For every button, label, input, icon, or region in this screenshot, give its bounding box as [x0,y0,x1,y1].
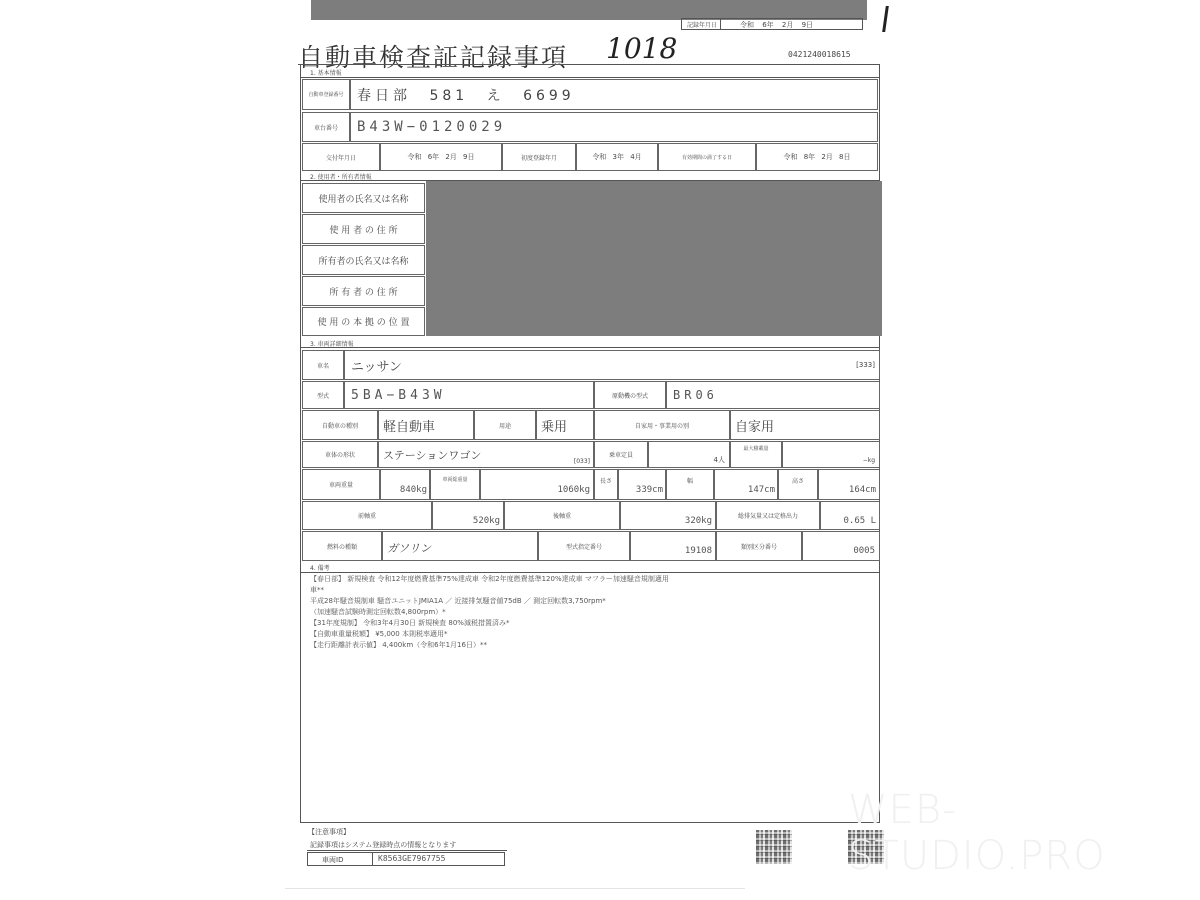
fuel-label: 燃料の種類 [327,542,357,551]
remarks-line: 【31年度規制】 令和3年4月30日 新規検査 80%減税措置済み* [310,618,669,629]
private-label: 自家用・事業用の別 [635,421,689,430]
issue-date-label: 記録年月日 [687,20,717,29]
registration-value: 春日部 581 え 6699 [357,85,575,105]
vehicle-id-value: K8563GE7967755 [378,854,445,863]
make-value: ニッサン [351,356,402,375]
chassis-label: 車台番号 [314,123,338,132]
gross-value: 1060kg [557,485,590,495]
owner-name-label-cell: 所有者の氏名又は名称 [302,245,425,275]
fuel-label-cell: 燃料の種類 [302,531,382,561]
displacement-value-cell: 0.65 L [820,501,880,530]
type-approval-label: 型式指定番号 [566,542,602,551]
owner-address-label-cell: 所 有 者 の 住 所 [302,276,425,306]
category-value-cell: 0005 [802,531,880,561]
height-value: 164cm [849,485,876,495]
user-name-label-cell: 使用者の氏名又は名称 [302,183,425,213]
vehicle-type-value: 軽自動車 [383,416,435,435]
fuel-value: ガソリン [387,540,431,556]
divider [307,850,507,851]
remarks-line: （加速騒音試験時測定回転数4,800rpm）* [310,607,669,618]
max-load-label: 最大積載量 [743,445,768,452]
issue-value: 令和 6年 2月 9日 [407,152,474,162]
corner-mark [882,6,889,32]
first-reg-label-cell: 初度登録年月 [502,143,576,171]
type-approval-label-cell: 型式指定番号 [538,531,630,561]
displacement-label: 総排気量又は定格出力 [738,511,798,520]
model-value-cell: 5BA−B43W [344,381,594,409]
body-label-cell: 車体の形状 [302,441,378,468]
capacity-label-cell: 乗車定員 [594,441,648,468]
displacement-label-cell: 総排気量又は定格出力 [716,501,820,530]
max-load-value: −kg [863,457,875,464]
registration-label: 自動車登録番号 [308,91,343,98]
user-name-label: 使用者の氏名又は名称 [318,192,408,205]
front-axle-label: 前軸重 [358,511,376,520]
engine-value-cell: BR06 [666,381,880,409]
remarks-line: 【走行距離計表示値】 4,400km（令和6年1月16日）** [310,640,669,651]
make-value-cell: ニッサン[333] [344,350,880,380]
vehicle-type-label-cell: 自動車の種別 [302,410,378,440]
vehicle-type-value-cell: 軽自動車 [378,410,474,440]
issue-label: 交付年月日 [326,153,356,162]
expiry-value-cell: 令和 8年 2月 8日 [756,143,878,171]
expiry-value: 令和 8年 2月 8日 [783,152,850,162]
use-value-cell: 乗用 [536,410,594,440]
body-code: [033] [574,458,590,465]
engine-label-cell: 原動機の型式 [594,381,666,409]
base-location-label: 使 用 の 本 拠 の 位 置 [317,315,409,328]
body-value-cell: ステーションワゴン[033] [378,441,594,468]
issue-value-cell: 令和 6年 2月 9日 [380,143,502,171]
type-approval-value: 19108 [685,546,712,556]
length-value: 339cm [636,485,663,495]
weight-label: 車両重量 [329,480,353,489]
type-approval-value-cell: 19108 [630,531,716,561]
handwritten-number: 1018 [606,32,677,65]
qr-code-icon [756,830,792,864]
watermark: WEB-STUDIO.PRO [848,787,1200,879]
redacted-header [311,0,867,20]
gross-value-cell: 1060kg [480,469,594,500]
user-address-label: 使 用 者 の 住 所 [329,223,397,236]
registration-label-cell: 自動車登録番号 [302,79,350,110]
owner-name-label: 所有者の氏名又は名称 [318,254,408,267]
section1-heading: 1. 基本情報 [310,68,342,77]
rear-axle-value-cell: 320kg [620,501,716,530]
divider [372,852,373,866]
issue-date-value: 令和 6年 2月 9日 [740,20,813,30]
capacity-value-cell: 4人 [648,441,730,468]
model-label-cell: 型式 [302,381,344,409]
owner-address-label: 所 有 者 の 住 所 [329,285,397,298]
length-label-cell: 長さ [594,469,618,500]
section4-heading: 4. 備考 [310,563,330,572]
gross-label: 車両総重量 [442,476,467,483]
chassis-label-cell: 車台番号 [302,112,350,142]
length-value-cell: 339cm [618,469,666,500]
chassis-value-cell: B43W−0120029 [350,112,878,142]
private-label-cell: 自家用・事業用の別 [594,410,730,440]
first-reg-label: 初度登録年月 [521,153,557,162]
registration-value-cell: 春日部 581 え 6699 [350,79,878,110]
remarks-block: 【春日部】 新規検査 令和12年度燃費基準75%達成車 令和2年度燃費基準120… [310,574,669,651]
private-value-cell: 自家用 [730,410,880,440]
width-value: 147cm [748,485,775,495]
front-axle-label-cell: 前軸重 [302,501,432,530]
fuel-value-cell: ガソリン [382,531,538,561]
category-label-cell: 類別区分番号 [716,531,802,561]
first-reg-value: 令和 3年 4月 [592,152,641,162]
document-number: 0421240018615 [788,50,851,59]
model-value: 5BA−B43W [351,388,446,403]
rear-axle-value: 320kg [685,516,712,526]
use-value: 乗用 [541,416,567,435]
page-edge [285,888,745,889]
width-value-cell: 147cm [714,469,778,500]
capacity-value: 4人 [714,455,725,465]
divider [300,347,880,348]
use-label: 用途 [499,421,511,430]
gross-label-cell: 車両総重量 [430,469,480,500]
make-label-cell: 車名 [302,350,344,380]
height-label-cell: 高さ [778,469,818,500]
private-value: 自家用 [735,416,774,435]
divider [300,572,880,573]
remarks-line: 【春日部】 新規検査 令和12年度燃費基準75%達成車 令和2年度燃費基準120… [310,574,669,585]
capacity-label: 乗車定員 [609,450,633,459]
height-value-cell: 164cm [818,469,880,500]
vehicle-id-label: 車両ID [322,855,343,865]
use-label-cell: 用途 [474,410,536,440]
remarks-line: 【自動車重量税額】 ¥5,000 本則税率適用* [310,629,669,640]
max-load-label-cell: 最大積載量 [730,441,782,468]
vehicle-type-label: 自動車の種別 [322,421,358,430]
notes-heading: 【注意事項】 [308,827,350,837]
chassis-value: B43W−0120029 [357,119,506,135]
remarks-line: 平成28年騒音規制車 騒音ユニットJMIA1A ／ 近接排気騒音値75dB ／ … [310,596,669,607]
height-label: 高さ [792,476,804,485]
base-location-label-cell: 使 用 の 本 拠 の 位 置 [302,307,425,336]
front-axle-value-cell: 520kg [432,501,504,530]
weight-value: 840kg [400,485,427,495]
remarks-line: 車** [310,585,669,596]
make-label: 車名 [317,361,329,370]
rear-axle-label: 後軸重 [553,511,571,520]
divider [300,77,880,78]
front-axle-value: 520kg [473,516,500,526]
make-code: [333] [856,361,875,369]
weight-value-cell: 840kg [380,469,430,500]
displacement-value: 0.65 L [843,516,876,526]
weight-label-cell: 車両重量 [302,469,380,500]
body-label: 車体の形状 [325,450,355,459]
issue-label-cell: 交付年月日 [302,143,380,171]
model-label: 型式 [317,391,329,400]
redacted-owner-info [426,181,882,336]
divider [720,18,721,30]
body-value: ステーションワゴン [383,447,481,463]
max-load-value-cell: −kg [782,441,880,468]
engine-label: 原動機の型式 [612,391,648,400]
user-address-label-cell: 使 用 者 の 住 所 [302,214,425,244]
expiry-label: 有効期間の満了する日 [682,154,732,161]
width-label: 幅 [687,476,693,485]
category-label: 類別区分番号 [741,542,777,551]
length-label: 長さ [600,476,612,485]
category-value: 0005 [853,546,875,556]
width-label-cell: 幅 [666,469,714,500]
rear-axle-label-cell: 後軸重 [504,501,620,530]
expiry-label-cell: 有効期間の満了する日 [658,143,756,171]
engine-value: BR06 [673,388,718,402]
notes-text: 記録事項はシステム登録時点の情報となります [310,840,456,850]
first-reg-value-cell: 令和 3年 4月 [576,143,658,171]
